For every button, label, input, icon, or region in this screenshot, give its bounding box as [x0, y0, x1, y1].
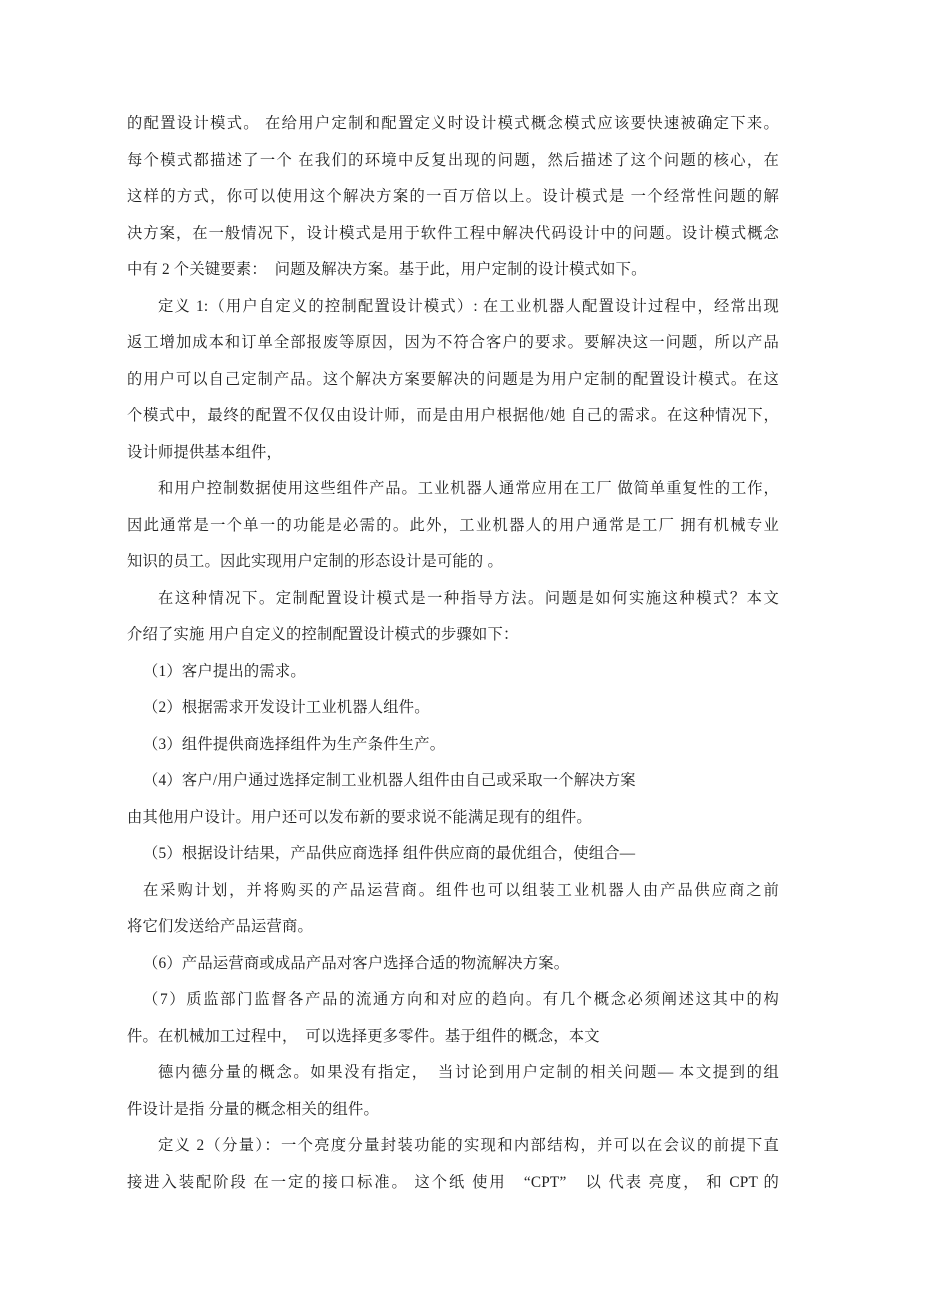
list-item: （3）组件提供商选择组件为生产条件生产。 — [127, 727, 779, 764]
text-line: 因此通常是一个单一的功能是必需的。此外，工业机器人的用户通常是工厂 拥有机械专业 — [127, 508, 779, 545]
document-page: 的配置设计模式。 在给用户定制和配置定义时设计模式概念模式应该要快速被确定下来。… — [0, 0, 926, 1309]
text-line: 定义 2（分量）：一个亮度分量封装功能的实现和内部结构，并可以在会议的前提下直 — [127, 1128, 779, 1165]
text-line: 知识的员工。因此实现用户定制的形态设计是可能的 。 — [127, 544, 779, 581]
text-line: 的用户可以自己定制产品。这个解决方案要解决的问题是为用户定制的配置设计模式。在这 — [127, 362, 779, 399]
text-line: 接进入装配阶段 在一定的接口标准。 这个纸 使用 “CPT” 以 代表 亮度， … — [127, 1165, 779, 1202]
text-line: 这样的方式，你可以使用这个解决方案的一百万倍以上。设计模式是 一个经常性问题的解 — [127, 179, 779, 216]
text-block: 的配置设计模式。 在给用户定制和配置定义时设计模式概念模式应该要快速被确定下来。… — [127, 106, 779, 1201]
text-line: 介绍了实施 用户自定义的控制配置设计模式的步骤如下： — [127, 617, 779, 654]
text-line: 决方案，在一般情况下，设计模式是用于软件工程中解决代码设计中的问题。设计模式概念 — [127, 216, 779, 253]
text-line: 每个模式都描述了一个 在我们的环境中反复出现的问题，然后描述了这个问题的核心，在 — [127, 143, 779, 180]
text-line: 中有 2 个关键要素： 问题及解决方案。基于此，用户定制的设计模式如下。 — [127, 252, 779, 289]
list-item: （5）根据设计结果，产品供应商选择 组件供应商的最优组合，使组合— — [127, 836, 779, 873]
text-line: 个模式中，最终的配置不仅仅由设计师，而是由用户根据他/她 自己的需求。在这种情况… — [127, 398, 779, 435]
list-item: （4）客户/用户通过选择定制工业机器人组件由自己或采取一个解决方案 — [127, 763, 779, 800]
text-line: 设计师提供基本组件， — [127, 435, 779, 472]
text-line: 和用户控制数据使用这些组件产品。工业机器人通常应用在工厂 做简单重复性的工作， — [127, 471, 779, 508]
text-line: 德内德分量的概念。如果没有指定， 当讨论到用户定制的相关问题— 本文提到的组 — [127, 1055, 779, 1092]
list-item: （2）根据需求开发设计工业机器人组件。 — [127, 690, 779, 727]
text-line: 的配置设计模式。 在给用户定制和配置定义时设计模式概念模式应该要快速被确定下来。 — [127, 106, 779, 143]
text-line: 件设计是指 分量的概念相关的组件。 — [127, 1092, 779, 1129]
text-line: 在这种情况下。定制配置设计模式是一种指导方法。问题是如何实施这种模式？本文 — [127, 581, 779, 618]
text-line: 在采购计划，并将购买的产品运营商。组件也可以组装工业机器人由产品供应商之前 — [127, 873, 779, 910]
list-item: （7）质监部门监督各产品的流通方向和对应的趋向。有几个概念必须阐述这其中的构 — [127, 982, 779, 1019]
text-line: 定义 1:（用户自定义的控制配置设计模式）: 在工业机器人配置设计过程中，经常出… — [127, 289, 779, 326]
text-line: 返工增加成本和订单全部报废等原因，因为不符合客户的要求。要解决这一问题，所以产品 — [127, 325, 779, 362]
list-item: （1）客户提出的需求。 — [127, 654, 779, 691]
text-line: 由其他用户设计。用户还可以发布新的要求说不能满足现有的组件。 — [127, 800, 779, 837]
text-line: 将它们发送给产品运营商。 — [127, 909, 779, 946]
list-item: （6）产品运营商或成品产品对客户选择合适的物流解决方案。 — [127, 946, 779, 983]
text-line: 件。在机械加工过程中， 可以选择更多零件。基于组件的概念，本文 — [127, 1019, 779, 1056]
